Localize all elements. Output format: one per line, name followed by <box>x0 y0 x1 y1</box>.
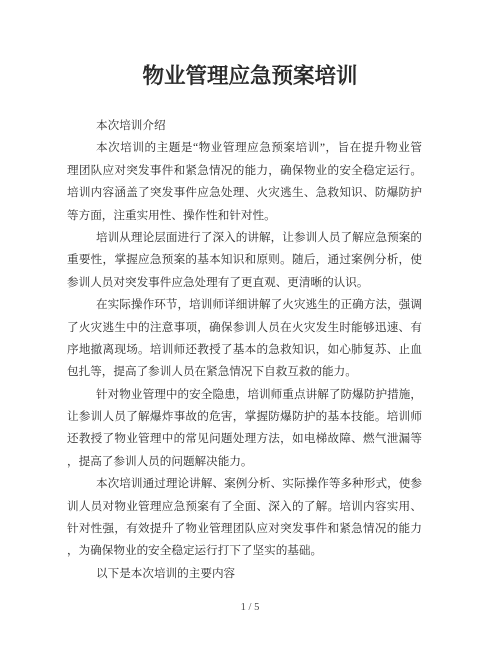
text-line: 本次培训通过理论讲解、案例分析、实际操作等多种形式，使参 <box>67 473 422 495</box>
text-line: 针对性强，有效提升了物业管理团队应对突发事件和紧急情况的能力 <box>67 518 422 540</box>
text-line: 包扎等，提高了参训人员在紧急情况下自救互救的能力。 <box>67 361 422 383</box>
text-line: 以下是本次培训的主要内容 <box>67 563 422 585</box>
text-line: 等方面，注重实用性、操作性和针对性。 <box>67 205 422 227</box>
text-line: 重要性，掌握应急预案的基本知识和原则。随后，通过案例分析，使 <box>67 249 422 271</box>
text-line: 理团队应对突发事件和紧急情况的能力，确保物业的安全稳定运行。 <box>67 160 422 182</box>
text-line: 在实际操作环节，培训师详细讲解了火灾逃生的正确方法，强调 <box>67 294 422 316</box>
text-line: 序地撤离现场。培训师还教授了基本的急救知识，如心肺复苏、止血 <box>67 339 422 361</box>
document-title: 物业管理应急预案培训 <box>0 61 500 91</box>
text-line: 针对物业管理中的安全隐患，培训师重点讲解了防爆防护措施， <box>67 384 422 406</box>
document-body: 本次培训介绍 本次培训的主题是“物业管理应急预案培训”，旨在提升物业管 理团队应… <box>67 115 422 585</box>
text-line: 本次培训介绍 <box>67 115 422 137</box>
page-number: 1 / 5 <box>0 602 500 613</box>
text-line: 培训内容涵盖了突发事件应急处理、火灾逃生、急救知识、防爆防护 <box>67 182 422 204</box>
text-line: 了火灾逃生中的注意事项，确保参训人员在火灾发生时能够迅速、有 <box>67 317 422 339</box>
text-line: ，提高了参训人员的问题解决能力。 <box>67 451 422 473</box>
document-page: 物业管理应急预案培训 本次培训介绍 本次培训的主题是“物业管理应急预案培训”，旨… <box>0 0 500 647</box>
text-line: 培训从理论层面进行了深入的讲解，让参训人员了解应急预案的 <box>67 227 422 249</box>
text-line: 参训人员对突发事件应急处理有了更直观、更清晰的认识。 <box>67 272 422 294</box>
text-line: 训人员对物业管理应急预案有了全面、深入的了解。培训内容实用、 <box>67 496 422 518</box>
text-line: ，为确保物业的安全稳定运行打下了坚实的基础。 <box>67 540 422 562</box>
text-line: 本次培训的主题是“物业管理应急预案培训”，旨在提升物业管 <box>67 137 422 159</box>
text-line: 还教授了物业管理中的常见问题处理方法，如电梯故障、燃气泄漏等 <box>67 428 422 450</box>
text-line: 让参训人员了解爆炸事故的危害，掌握防爆防护的基本技能。培训师 <box>67 406 422 428</box>
